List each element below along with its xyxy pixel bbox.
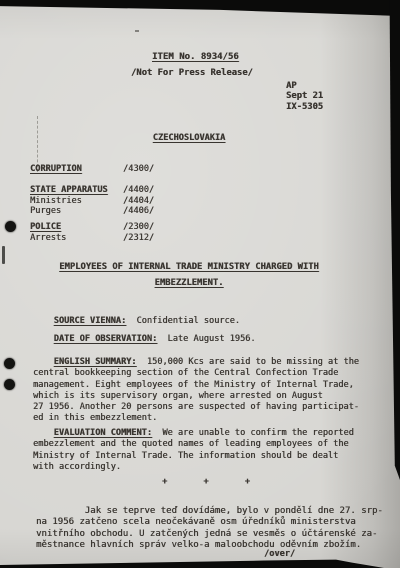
agency-reference: IX-5305 — [286, 102, 323, 112]
subject-code-label: Purges — [30, 206, 61, 216]
evaluation-comment-paragraph: EVALUATION COMMENT: We are unable to con… — [33, 417, 354, 484]
observation-label: DATE OF OBSERVATION: — [54, 334, 157, 344]
scan-edge-right — [387, 0, 400, 480]
evaluation-comment-label: EVALUATION COMMENT: — [54, 428, 152, 438]
subject-code-label: POLICE — [30, 222, 61, 232]
subject-codes-group-state-apparatus: STATE APPARATUS/4400/ Ministries/4404/ P… — [30, 185, 154, 217]
item-number-line: ITEM No. 8934/56 — [152, 52, 239, 62]
scanned-document-page: ITEM No. 8934/56 /Not For Press Release/… — [0, 0, 400, 568]
hole-punch-mark — [4, 358, 15, 369]
headline-line-1: EMPLOYEES OF INTERNAL TRADE MINISTRY CHA… — [0, 259, 378, 275]
item-number: ITEM No. 8934/56 — [152, 52, 239, 62]
subject-code-row: Ministries/4404/ — [30, 196, 154, 207]
subject-code-row: Purges/4406/ — [30, 206, 154, 217]
press-release-notice: /Not For Press Release/ — [131, 68, 253, 78]
subject-code-value: /4406/ — [123, 206, 154, 216]
subject-code-value: /2312/ — [123, 233, 154, 243]
subject-code-label: Arrests — [30, 233, 66, 243]
headline-line-2: EMBEZZLEMENT. — [0, 275, 378, 291]
agency-block: AP Sept 21 IX-5305 — [286, 81, 323, 112]
subject-code-value: /4300/ — [123, 164, 154, 174]
country-heading: CZECHOSLOVAKIA — [153, 133, 225, 143]
scan-edge-top — [0, 0, 400, 16]
english-summary-label: ENGLISH SUMMARY: — [54, 357, 137, 367]
subject-codes-group-corruption: CORRUPTION/4300/ — [30, 164, 154, 175]
hole-punch-mark — [4, 379, 15, 390]
subject-code-row: POLICE/2300/ — [30, 222, 154, 233]
hole-punch-mark — [5, 221, 16, 232]
subject-code-value: /4400/ — [123, 185, 154, 195]
subject-code-value: /2300/ — [123, 222, 154, 232]
observation-value: Late August 1956. — [157, 334, 255, 344]
scan-edge-bottom — [0, 556, 400, 568]
over-marker: /over/ — [264, 549, 295, 559]
country-heading-band: CZECHOSLOVAKIA — [0, 133, 378, 143]
agency-date: Sept 21 — [286, 91, 323, 101]
headline-block: EMPLOYEES OF INTERNAL TRADE MINISTRY CHA… — [0, 259, 378, 291]
subject-code-row: Arrests/2312/ — [30, 233, 154, 244]
subject-code-row: CORRUPTION/4300/ — [30, 164, 154, 175]
subject-code-label: Ministries — [30, 196, 82, 206]
subject-codes-group-police: POLICE/2300/ Arrests/2312/ — [30, 222, 154, 243]
subject-code-label: CORRUPTION — [30, 164, 82, 174]
subject-code-value: /4404/ — [123, 196, 154, 206]
czech-paragraph: Jak se teprve teď dovídáme, bylo v pondě… — [36, 506, 383, 551]
subject-code-row: STATE APPARATUS/4400/ — [30, 185, 154, 196]
plus-separator: + + + — [162, 477, 250, 487]
subject-code-label: STATE APPARATUS — [30, 185, 108, 195]
ink-speck — [135, 30, 139, 32]
agency-name: AP — [286, 81, 323, 91]
